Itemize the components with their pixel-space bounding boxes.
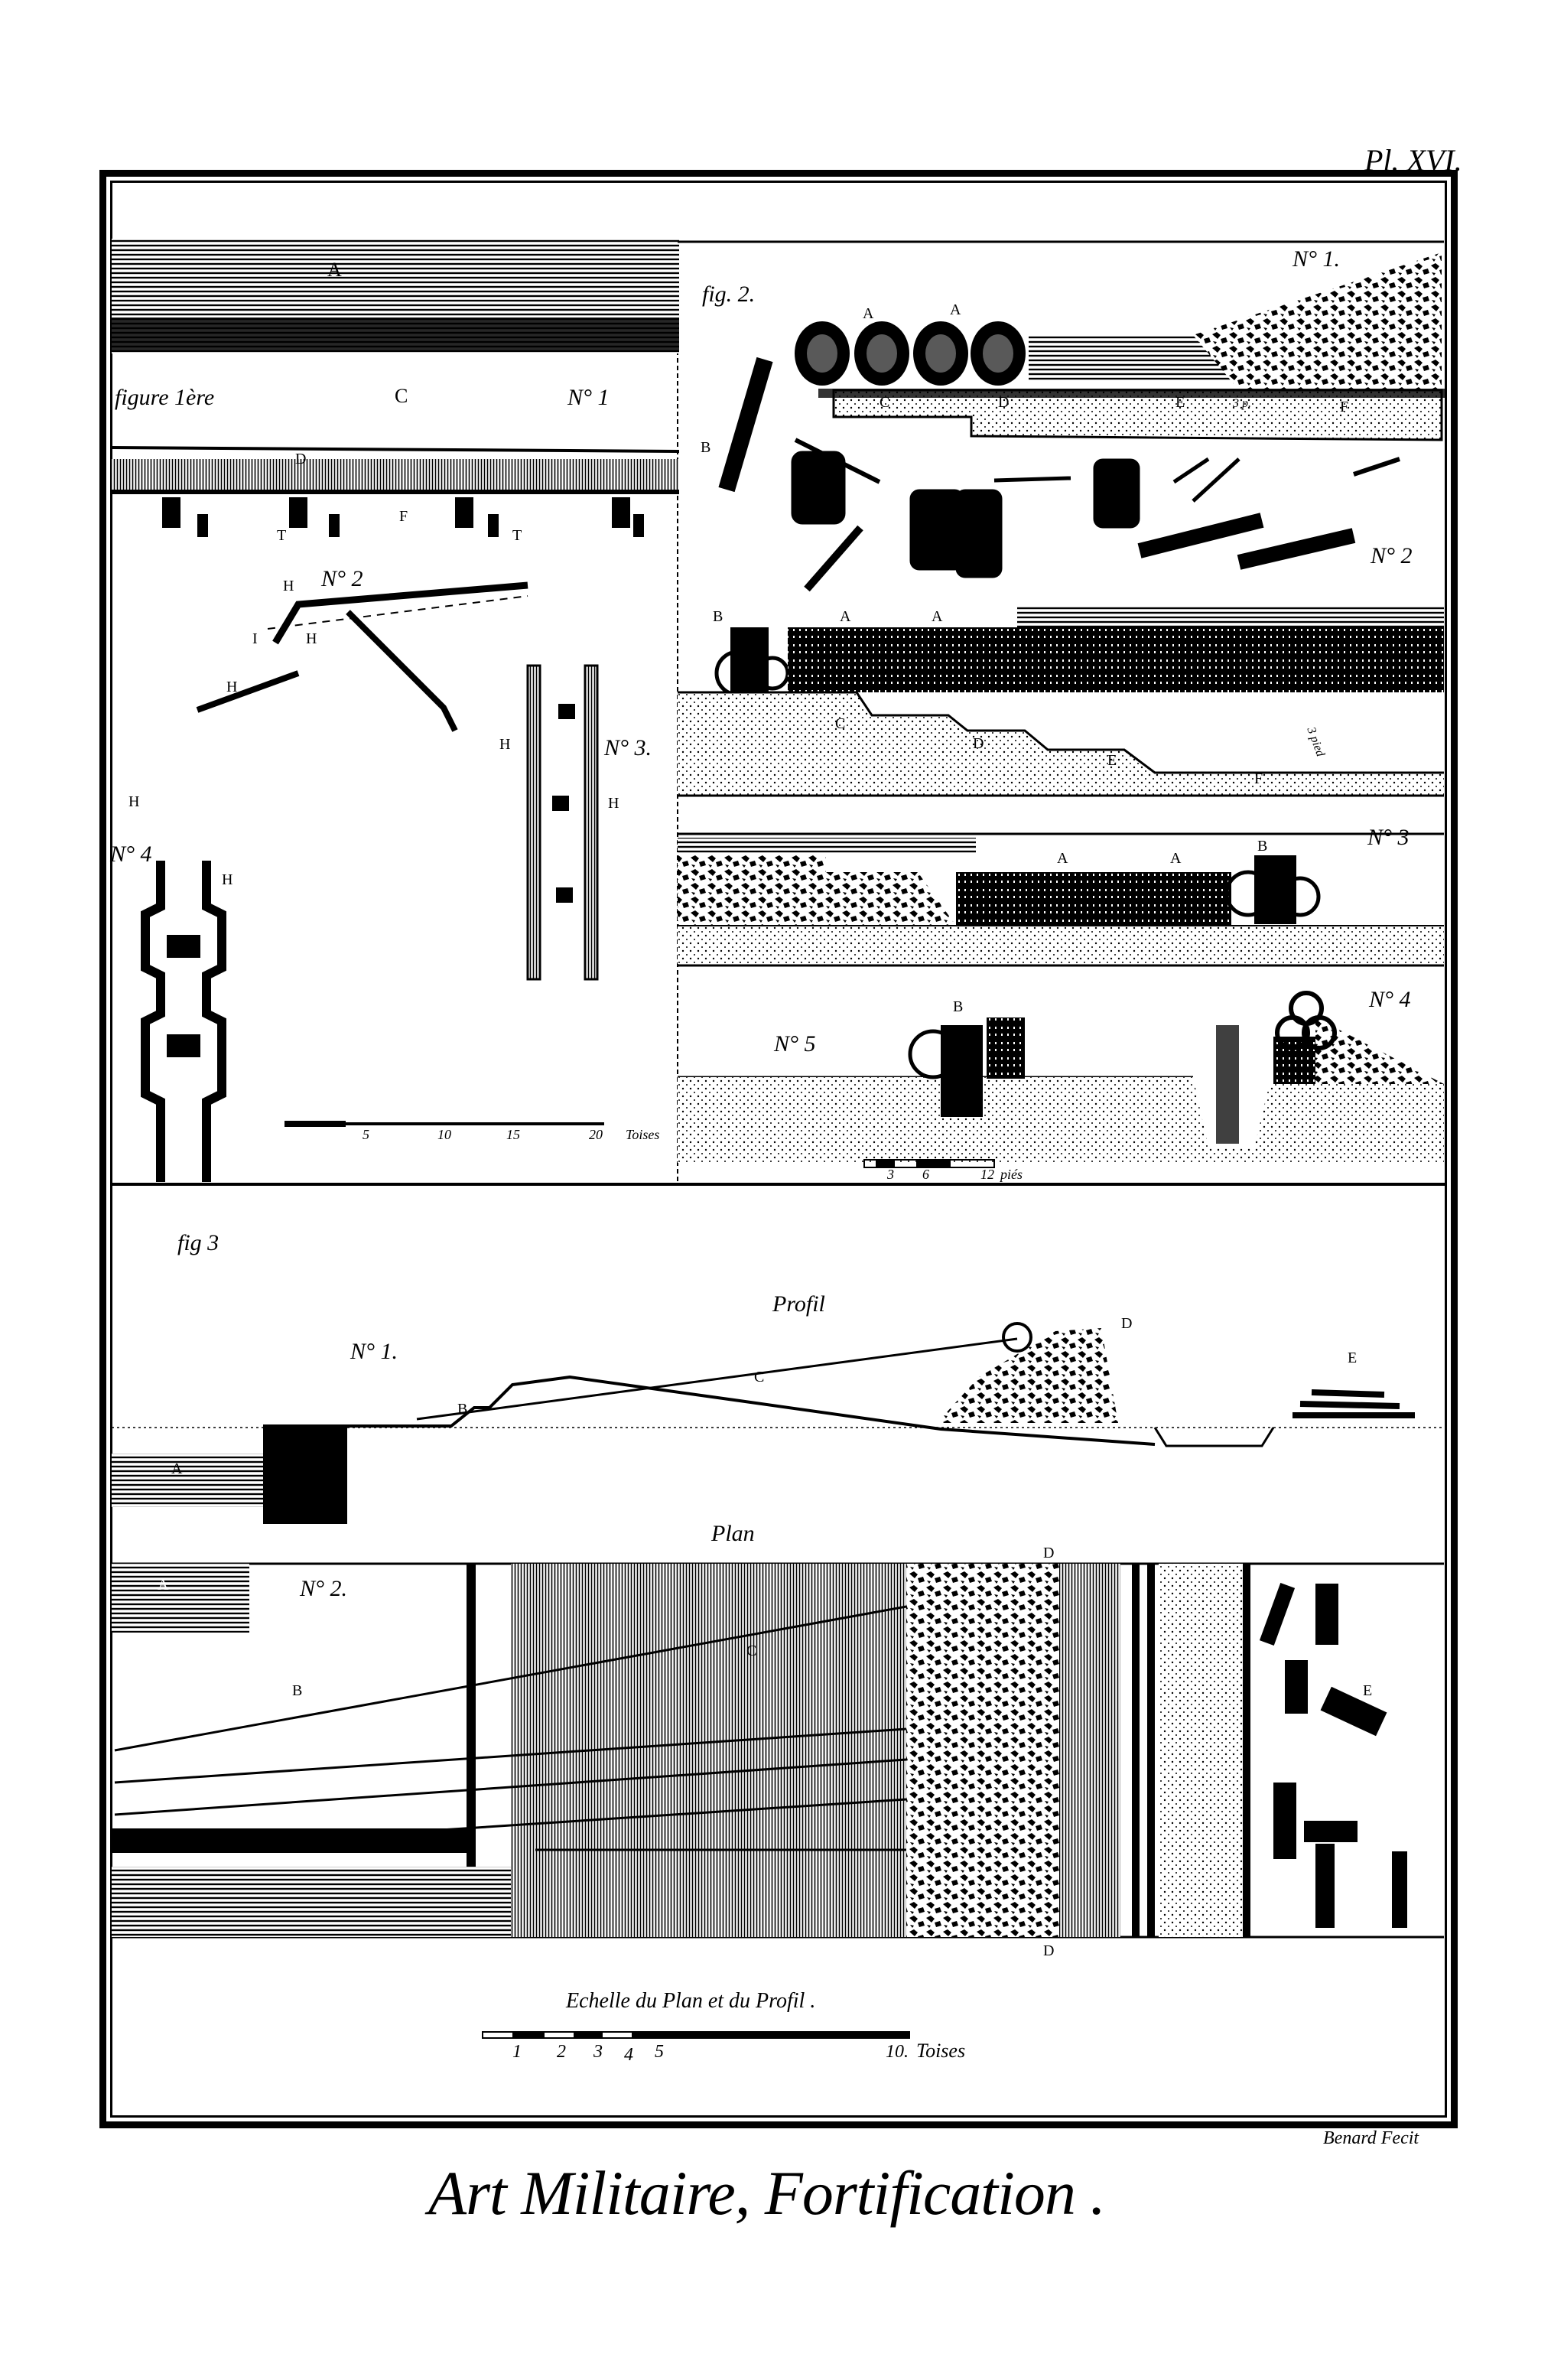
fig2-no2-D: D [973, 736, 984, 751]
fig1-no2-H-2: H [306, 631, 317, 646]
fig2-no2-C: C [835, 716, 845, 731]
fig2-no1-D: D [998, 395, 1009, 410]
fig3-caption: fig 3 [177, 1232, 219, 1255]
fig3-scale-tick-5: 5 [655, 2043, 664, 2061]
fig1-no2-H-3: H [226, 679, 237, 695]
fig2-no2-B: B [713, 609, 723, 624]
fig2-caption: fig. 2. [702, 283, 755, 306]
fig2-no2-E: E [1107, 753, 1117, 768]
fig2-no2-A-1: A [840, 609, 850, 624]
fig3-scale-tick-2: 2 [557, 2043, 566, 2061]
fig1-scale-tick-20: 20 [589, 1128, 603, 1141]
fig3-scale-tick-4: 4 [624, 2046, 633, 2064]
fig2-no4-label: N° 4 [1369, 988, 1411, 1011]
fig2-no1-F: F [1340, 399, 1348, 415]
fig1-label-F: F [399, 509, 408, 524]
fig1-label-A: A [327, 260, 342, 280]
engraver-signature: Benard Fecit [1323, 2128, 1419, 2149]
fig1-no3-H-1: H [499, 737, 510, 752]
fig1-no1-label: N° 1 [567, 386, 610, 409]
fig3-plan-D-bottom: D [1043, 1943, 1054, 1958]
fig2-no5-label: N° 5 [774, 1033, 816, 1056]
fig3-plan-no2-label: N° 2. [300, 1577, 347, 1600]
fig2-no3-A-1: A [1057, 851, 1068, 866]
fig2-scale-unit: piés [1000, 1167, 1023, 1181]
fig1-label-D: D [295, 451, 306, 467]
fig2-no1-label: N° 1. [1292, 248, 1340, 271]
fig2-no2-A-2: A [932, 609, 942, 624]
fig2-no2-F: F [1254, 771, 1263, 786]
fig3-plan-heading: Plan [711, 1522, 755, 1545]
fig1-label-T1: T [277, 528, 286, 543]
engraving-artwork [0, 0, 1551, 2380]
fig1-scale-unit: Toises [626, 1128, 659, 1141]
fig2-no3-label: N° 3 [1367, 826, 1410, 849]
fig3-scale-unit: Toises [916, 2041, 965, 2061]
fig1-scale-tick-15: 15 [506, 1128, 520, 1141]
fig1-no4-label: N° 4 [110, 843, 152, 866]
fig2-no1-A-1: A [863, 306, 873, 321]
fig2-scale-tick-6: 6 [922, 1167, 929, 1181]
fig3-plan-C: C [746, 1643, 756, 1659]
fig3-scale-tick-3: 3 [593, 2043, 603, 2061]
fig3-profile-C: C [754, 1369, 764, 1385]
fig1-no4-H-2: H [222, 872, 232, 887]
fig2-no3-A-2: A [1170, 851, 1181, 866]
fig1-no3-label: N° 3. [604, 737, 652, 760]
fig3-scale-title: Echelle du Plan et du Profil . [566, 1989, 815, 2014]
fig1-no2-I: I [252, 631, 258, 646]
fig3-profile-A: A [171, 1461, 182, 1477]
fig3-profile-E: E [1348, 1350, 1357, 1366]
fig3-plan-B: B [292, 1683, 302, 1698]
fig3-plan-D-top: D [1043, 1545, 1054, 1561]
fig1-scale-tick-10: 10 [437, 1128, 451, 1141]
fig3-profile-no1-label: N° 1. [350, 1340, 398, 1363]
plate-title: Art Militaire, Fortification . [428, 2157, 1105, 2229]
fig2-scale-tick-12: 12 [980, 1167, 994, 1181]
fig1-no3-H-2: H [608, 796, 619, 811]
fig2-scale-tick-3: 3 [887, 1167, 894, 1181]
fig2-no1-A-2: A [950, 302, 961, 317]
fig1-label-T2: T [512, 528, 522, 543]
fig3-profile-heading: Profil [772, 1293, 825, 1316]
fig2-no2-label: N° 2 [1371, 545, 1413, 568]
fig2-no1-B: B [701, 440, 710, 455]
fig1-caption: figure 1ère [115, 386, 214, 409]
fig2-no3-B: B [1257, 838, 1267, 854]
fig1-scale-tick-5: 5 [363, 1128, 369, 1141]
fig2-no1-E: E [1175, 395, 1185, 410]
fig3-profile-B: B [457, 1402, 467, 1417]
fig3-plan-A: A [158, 1577, 168, 1593]
fig1-no2-label: N° 2 [321, 568, 363, 591]
fig1-label-C: C [395, 386, 408, 406]
fig1-no4-H-1: H [128, 794, 139, 809]
fig3-scale-tick-10: 10. [886, 2043, 909, 2061]
fig2-no1-C: C [880, 395, 889, 410]
fig3-profile-D: D [1121, 1316, 1132, 1331]
fig2-no5-B: B [953, 999, 963, 1014]
fig2-no1-dim-note: 3 p. [1233, 398, 1251, 410]
fig1-no2-H-1: H [283, 578, 294, 594]
fig3-scale-tick-1: 1 [512, 2043, 522, 2061]
fig3-plan-E: E [1363, 1683, 1372, 1698]
